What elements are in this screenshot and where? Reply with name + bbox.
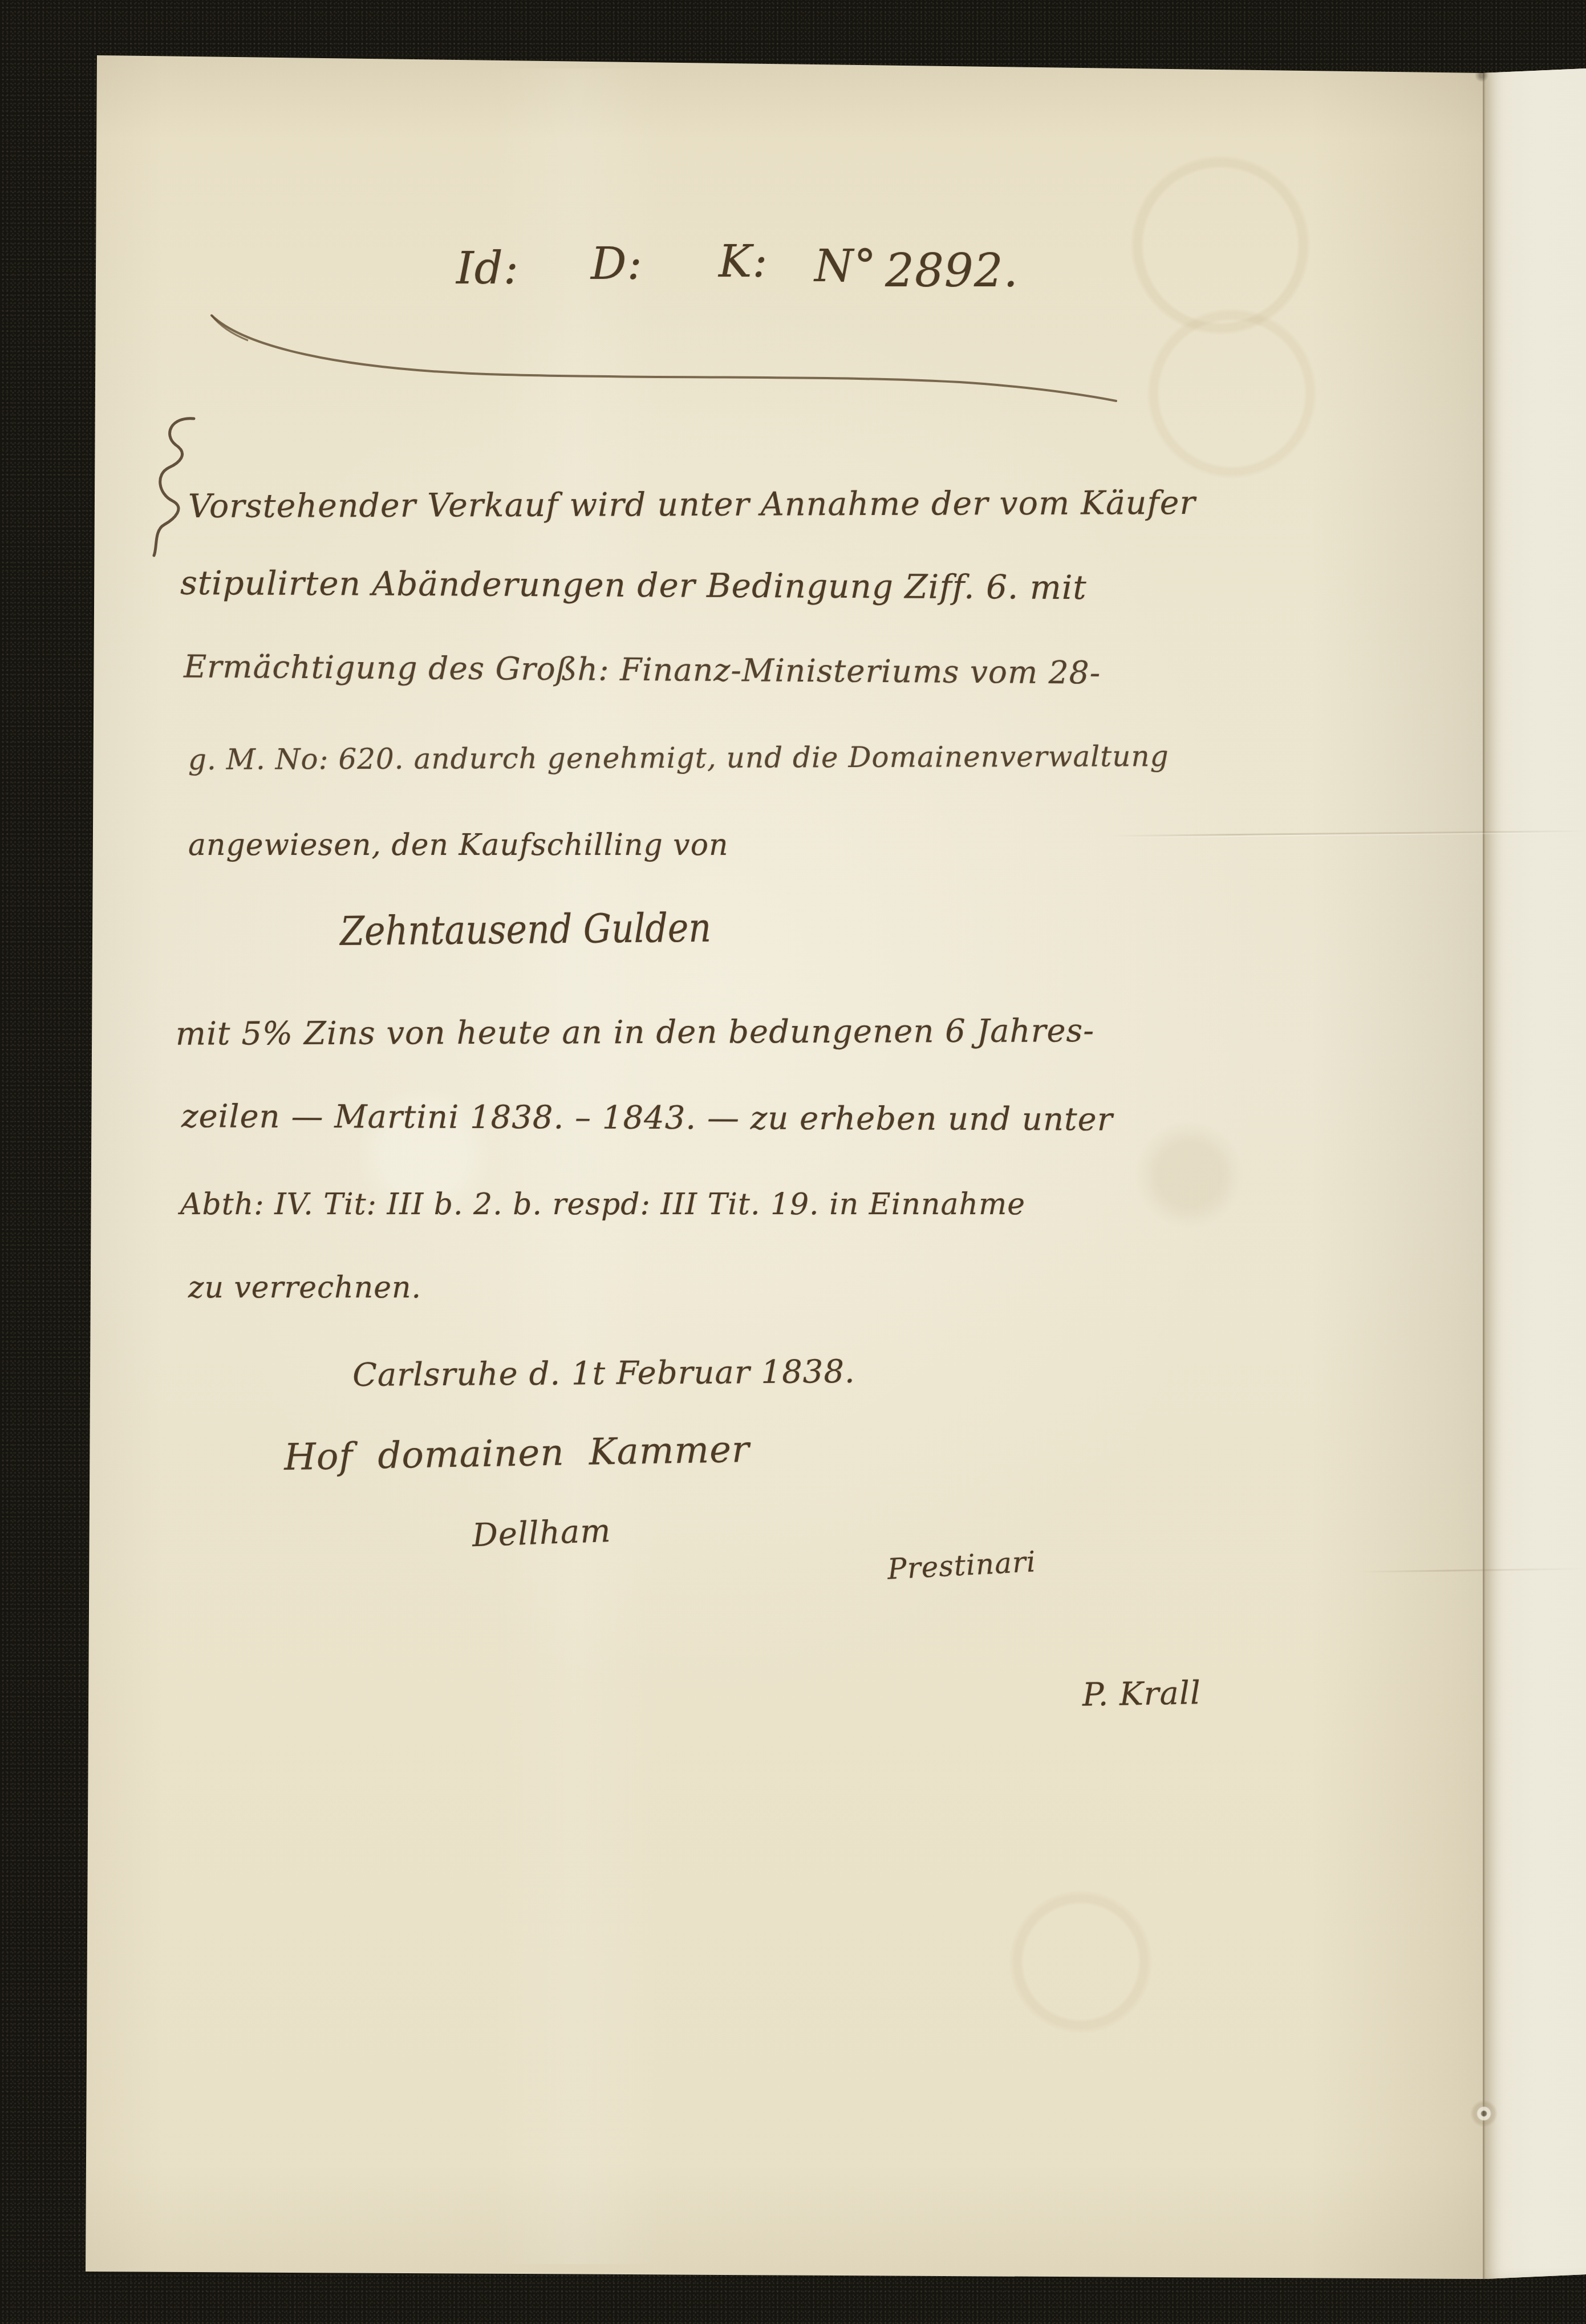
docket-token-no: N° xyxy=(814,241,877,292)
handwriting-line-2: stipulirten Abänderungen der Bedingung Z… xyxy=(180,563,1087,607)
handwriting-line-3: Ermächtigung des Großh: Finanz-Ministeri… xyxy=(184,648,1101,691)
photographed-document: Id: D: K: N° 2892. Vorstehender Verkauf … xyxy=(0,0,1586,2324)
dateline: Carlsruhe d. 1t Februar 1838. xyxy=(352,1353,855,1394)
handwriting-line-1: Vorstehender Verkauf wird unter Annahme … xyxy=(188,484,1196,525)
handwriting-line-7: mit 5% Zins von heute an in den bedungen… xyxy=(176,1012,1094,1053)
handwriting-line-9: Abth: IV. Tit: III b. 2. b. respd: III T… xyxy=(180,1187,1025,1222)
docket-token-k: K: xyxy=(719,236,768,287)
docket-token-d: D: xyxy=(591,238,643,290)
signature-krall: P. Krall xyxy=(1082,1674,1201,1714)
opening-initial-flourish xyxy=(149,415,206,558)
office-line: Hof domainen Kammer xyxy=(283,1429,750,1479)
docket-token-id: Id: xyxy=(456,243,519,294)
docket-underline-flourish xyxy=(208,311,1121,408)
handwriting-line-4: g. M. No: 620. andurch genehmigt, und di… xyxy=(188,740,1169,776)
handwriting-line-5: angewiesen, den Kaufschilling von xyxy=(188,828,728,862)
handwriting-line-10: zu verrechnen. xyxy=(188,1271,421,1305)
adjacent-page-edge xyxy=(1483,54,1586,2279)
amount-line: Zehntausend Gulden xyxy=(340,905,711,955)
signature-dellham: Dellham xyxy=(472,1512,612,1554)
docket-token-number: 2892. xyxy=(885,244,1019,297)
handwriting-line-8: zeilen — Martini 1838. – 1843. — zu erhe… xyxy=(181,1098,1113,1138)
